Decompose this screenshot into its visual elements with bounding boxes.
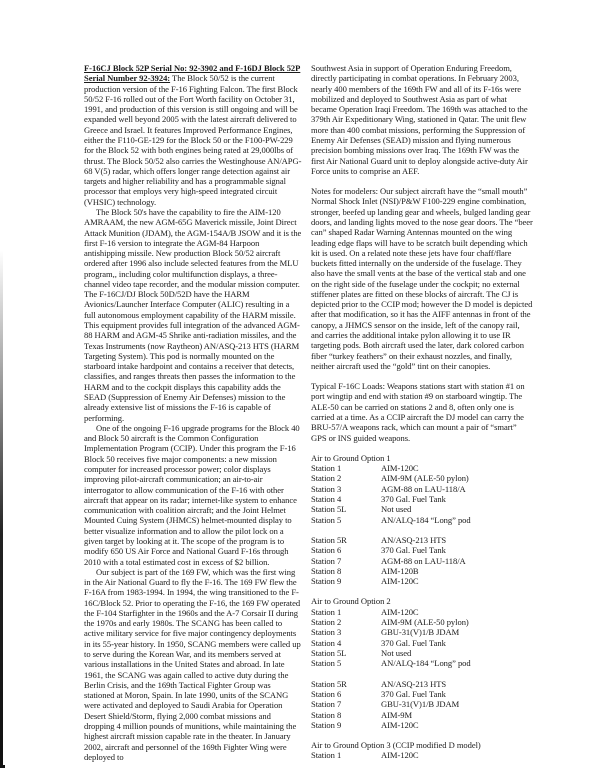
station-row: Station 8AIM-9M — [311, 710, 533, 720]
station-label: Station 4 — [311, 494, 381, 504]
station-row: Station 9AIM-120C — [311, 576, 533, 586]
intro-text: The Block 50/52 is the current productio… — [84, 73, 301, 206]
weapon-value: AIM-9M — [381, 710, 533, 720]
station-label: Station 5 — [311, 515, 381, 525]
weapon-value: AIM-120C — [381, 750, 533, 760]
station-label: Station 9 — [311, 576, 381, 586]
station-row: Station 6370 Gal. Fuel Tank — [311, 545, 533, 555]
loadout-option-1-title: Air to Ground Option 1 — [311, 453, 533, 463]
station-label: Station 5R — [311, 679, 381, 689]
loads-intro-paragraph: Typical F-16C Loads: Weapons stations st… — [311, 381, 533, 443]
station-row: Station 8AIM-120B — [311, 566, 533, 576]
weapon-value: 370 Gal. Fuel Tank — [381, 494, 533, 504]
station-label: Station 4 — [311, 638, 381, 648]
station-row: Station 1AIM-120C — [311, 750, 533, 760]
weapon-value: AN/ALQ-184 “Long” pod — [381, 658, 533, 668]
weapon-value: AN/ASQ-213 HTS — [381, 535, 533, 545]
station-label: Station 5L — [311, 504, 381, 514]
station-label: Station 2 — [311, 473, 381, 483]
station-row: Station 1AIM-120C — [311, 463, 533, 473]
station-row: Station 3AGM-88 on LAU-118/A — [311, 484, 533, 494]
intro-paragraph: F-16CJ Block 52P Serial No: 92-3902 and … — [84, 63, 302, 207]
loadout-option-3-title: Air to Ground Option 3 (CCIP modified D … — [311, 740, 533, 750]
station-row: Station 2AIM-9M (ALE-50 pylon) — [311, 473, 533, 483]
station-label: Station 1 — [311, 750, 381, 760]
scan-shadow-edge — [0, 250, 3, 768]
weapon-value: AIM-120C — [381, 720, 533, 730]
station-label: Station 6 — [311, 689, 381, 699]
weapon-value: AIM-120C — [381, 463, 533, 473]
weapon-value: 370 Gal. Fuel Tank — [381, 638, 533, 648]
station-label: Station 5 — [311, 658, 381, 668]
unit-history-paragraph: Our subject is part of the 169 FW, which… — [84, 567, 302, 762]
spacer — [311, 668, 533, 678]
station-row: Station 3GBU-31(V)1/B JDAM — [311, 627, 533, 637]
weapon-value: 370 Gal. Fuel Tank — [381, 689, 533, 699]
station-row: Station 6370 Gal. Fuel Tank — [311, 689, 533, 699]
station-row: Station 2AIM-9M (ALE-50 pylon) — [311, 617, 533, 627]
loadout-option-2-title: Air to Ground Option 2 — [311, 596, 533, 606]
station-row: Station 4370 Gal. Fuel Tank — [311, 638, 533, 648]
weapon-value: AN/ALQ-184 “Long” pod — [381, 515, 533, 525]
station-label: Station 2 — [311, 617, 381, 627]
station-label: Station 8 — [311, 710, 381, 720]
station-label: Station 5R — [311, 535, 381, 545]
weapon-value: AN/ASQ-213 HTS — [381, 679, 533, 689]
station-row: Station 5RAN/ASQ-213 HTS — [311, 535, 533, 545]
weapon-value: AIM-120B — [381, 566, 533, 576]
ccip-paragraph: One of the ongoing F-16 upgrade programs… — [84, 423, 302, 567]
loadout-option-2: Station 1AIM-120C Station 2AIM-9M (ALE-5… — [311, 607, 533, 730]
right-column: Southwest Asia in support of Operation E… — [311, 63, 533, 761]
history-continuation-paragraph: Southwest Asia in support of Operation E… — [311, 63, 533, 176]
station-label: Station 7 — [311, 556, 381, 566]
station-label: Station 5L — [311, 648, 381, 658]
weapon-value: AIM-9M (ALE-50 pylon) — [381, 617, 533, 627]
armament-paragraph: The Block 50's have the capability to fi… — [84, 207, 302, 423]
station-row: Station 5LNot used — [311, 504, 533, 514]
loadout-option-1: Station 1AIM-120C Station 2AIM-9M (ALE-5… — [311, 463, 533, 586]
weapon-value: GBU-31(V)1/B JDAM — [381, 699, 533, 709]
station-row: Station 5RAN/ASQ-213 HTS — [311, 679, 533, 689]
station-row: Station 5LNot used — [311, 648, 533, 658]
weapon-value: Not used — [381, 504, 533, 514]
left-column: F-16CJ Block 52P Serial No: 92-3902 and … — [84, 63, 302, 762]
station-row: Station 1AIM-120C — [311, 607, 533, 617]
weapon-value: AIM-120C — [381, 607, 533, 617]
station-row: Station 5AN/ALQ-184 “Long” pod — [311, 515, 533, 525]
weapon-value: AGM-88 on LAU-118/A — [381, 484, 533, 494]
station-row: Station 7AGM-88 on LAU-118/A — [311, 556, 533, 566]
weapon-value: GBU-31(V)1/B JDAM — [381, 627, 533, 637]
loadout-option-3: Station 1AIM-120C — [311, 750, 533, 760]
weapon-value: 370 Gal. Fuel Tank — [381, 545, 533, 555]
station-row: Station 5AN/ALQ-184 “Long” pod — [311, 658, 533, 668]
station-label: Station 6 — [311, 545, 381, 555]
weapon-value: AGM-88 on LAU-118/A — [381, 556, 533, 566]
station-label: Station 3 — [311, 627, 381, 637]
weapon-value: AIM-120C — [381, 576, 533, 586]
station-label: Station 8 — [311, 566, 381, 576]
station-row: Station 7GBU-31(V)1/B JDAM — [311, 699, 533, 709]
station-label: Station 1 — [311, 607, 381, 617]
weapon-value: AIM-9M (ALE-50 pylon) — [381, 473, 533, 483]
weapon-value: Not used — [381, 648, 533, 658]
station-label: Station 3 — [311, 484, 381, 494]
station-row: Station 9AIM-120C — [311, 720, 533, 730]
station-label: Station 9 — [311, 720, 381, 730]
station-row: Station 4370 Gal. Fuel Tank — [311, 494, 533, 504]
modeler-notes-paragraph: Notes for modelers: Our subject aircraft… — [311, 186, 533, 371]
station-label: Station 7 — [311, 699, 381, 709]
station-label: Station 1 — [311, 463, 381, 473]
spacer — [311, 525, 533, 535]
